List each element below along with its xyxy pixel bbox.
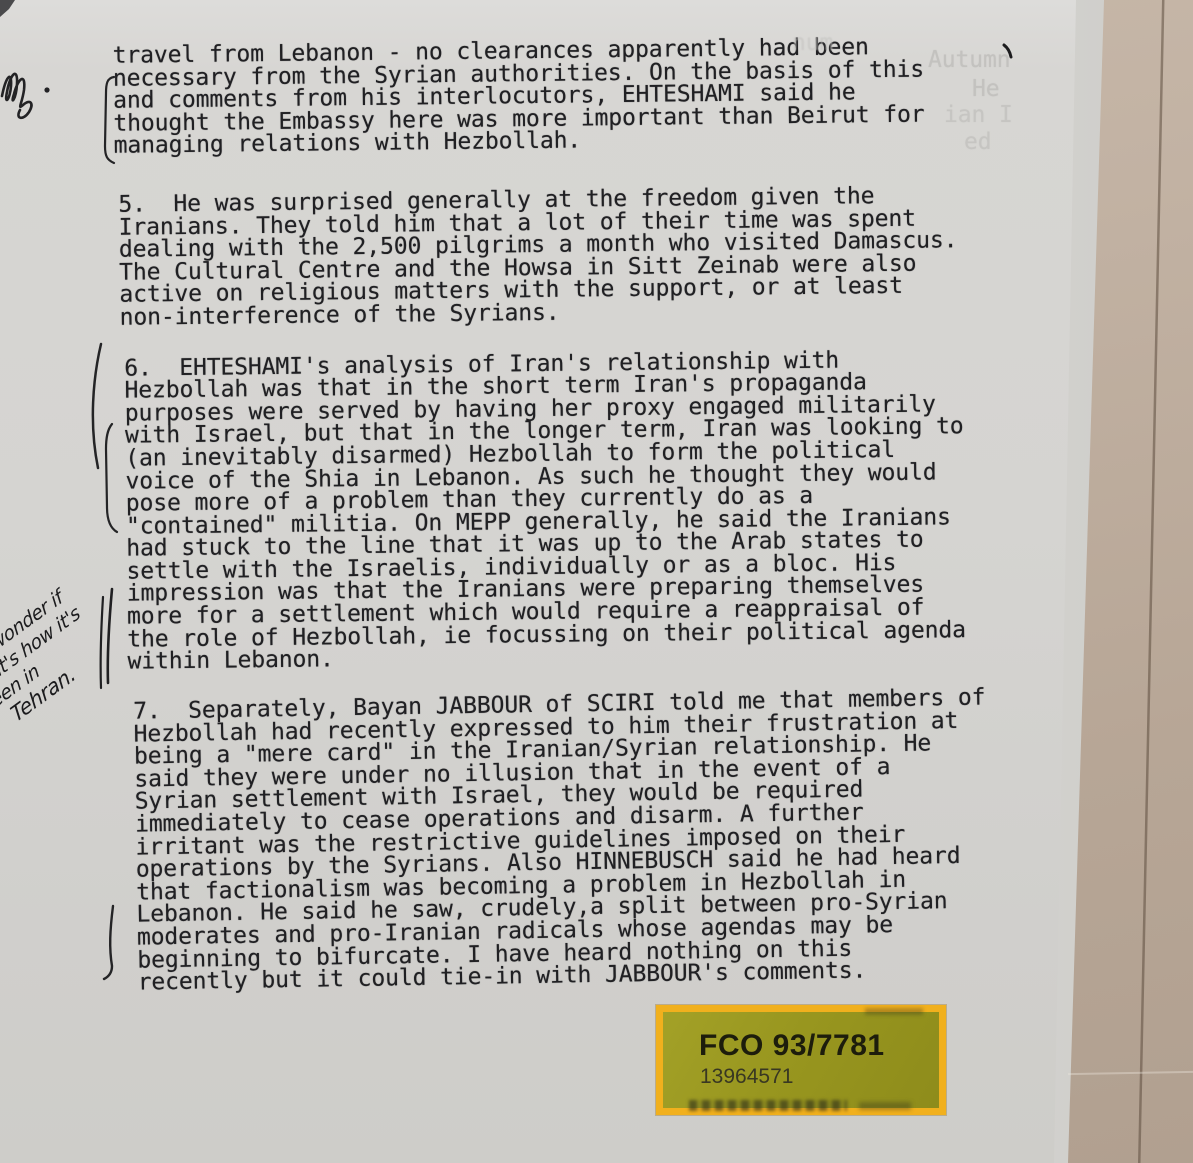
margin-line-para7	[104, 906, 113, 979]
label-reference: FCO 93/7781	[699, 1029, 885, 1063]
ghost-text: Autumn	[928, 47, 1010, 73]
paragraph-4-continuation: travel from Lebanon - no clearances appa…	[113, 34, 1034, 157]
margin-bracket-inner	[106, 424, 117, 532]
ghost-text: ed	[964, 129, 992, 155]
label-smudge	[689, 1100, 847, 1111]
ghost-text: num	[792, 30, 833, 56]
typed-text-block: travel from Lebanon - no clearances appa…	[113, 34, 1044, 994]
paragraph-5: 5. He was surprised generally at the fre…	[118, 183, 1035, 329]
paragraph-6: 6. EHTESHAMI's analysis of Iran's relati…	[124, 347, 1040, 674]
archive-reference-label: FCO 93/7781 13964571	[656, 1005, 946, 1115]
ghost-text: He	[972, 76, 1000, 102]
document-page: travel from Lebanon - no clearances appa…	[0, 0, 1193, 1163]
label-barcode-number: 13964571	[700, 1065, 793, 1089]
initials-scribble	[2, 74, 50, 118]
label-smudge	[859, 1102, 911, 1110]
label-smudge	[865, 1008, 923, 1015]
ghost-text: ian I	[944, 102, 1013, 128]
corner-mark	[0, 0, 15, 17]
paragraph-7: 7. Separately, Bayan JABBOUR of SCIRI to…	[133, 685, 1045, 994]
margin-line-para6	[93, 344, 101, 468]
